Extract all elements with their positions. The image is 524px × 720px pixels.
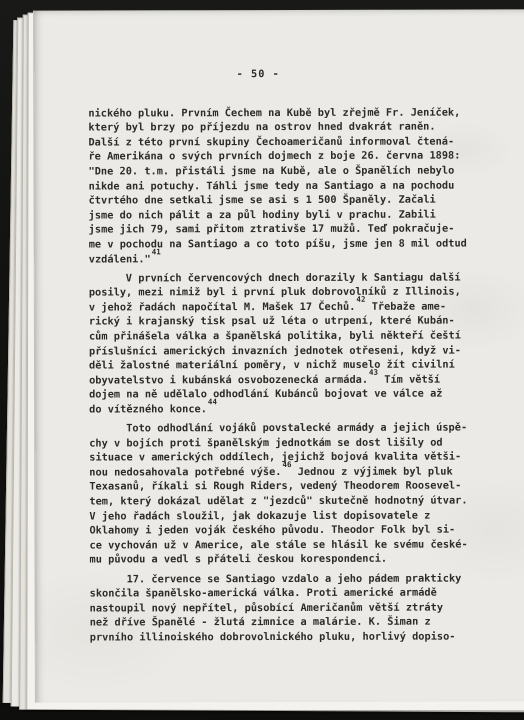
text-line: ře Amerikána o svých prvních dojmech z b… [88,149,508,165]
text-line: který byl brzy po příjezdu na ostrov hne… [88,120,508,136]
text-line: děli žalostné materiální poměry, v nichž… [89,358,509,374]
footnote-ref: 43 [369,368,378,377]
text-line: do vítězného konce.44 [89,401,509,417]
text-line: nou nedosahovala potřebné výše.46 Jednou… [89,464,509,480]
text-line: jsme jich 79, sami přitom ztrativše 17 m… [89,222,509,238]
text-line: nastoupil nový nepřítel, působící Američ… [90,600,510,616]
text-line: jsme do nich pálit a za půl hodiny byli … [89,207,509,223]
footnote-ref: 41 [152,247,161,256]
text-line: tem, který dokázal udělat z "jezdců" sku… [89,493,509,509]
paragraph: Toto odhodlání vojáků povstalecké armády… [89,420,509,567]
text-line: než dříve Španělé - žlutá zimnice a malá… [90,615,510,631]
paragraph: V prvních červencových dnech dorazily k … [89,270,509,417]
text-line: Další z této první skupiny Čechoameričan… [88,134,508,150]
text-line: dojem na ně udělalo odhodlání Kubánců bo… [89,387,509,403]
footnote-ref: 46 [282,460,291,469]
paragraph: nického pluku. Prvním Čechem na Kubě byl… [88,105,508,267]
text-line: Texasanů, říkali si Rough Riders, vedený… [89,479,509,495]
text-line: obyvatelstvo i kubánská osvobozenecká ar… [89,372,509,388]
text-line: příslušníci amerických invazních jednote… [89,343,509,359]
text-line: cům přinášela válka a španělská politika… [89,328,509,344]
footnote-ref: 42 [356,295,365,304]
page-content: - 50 - nického pluku. Prvním Čechem na K… [34,9,524,645]
text-line: Toto odhodlání vojáků povstalecké armády… [126,420,509,436]
text-line: vzdáleni."41 [89,251,509,267]
text-line: rický i krajanský tisk psal už léta o ut… [89,314,509,330]
text-line: 17. července se Santiago vzdalo a jeho p… [127,571,510,587]
text-block: nického pluku. Prvním Čechem na Kubě byl… [88,105,509,645]
text-line: Oklahomy i jeden voják českého původu. T… [89,523,509,539]
text-line: "Dne 20. t.m. přistáli jsme na Kubě, ale… [88,163,508,179]
text-line: V prvních červencových dnech dorazily k … [126,270,509,286]
text-line: chy v bojích proti španělským jednotkám … [89,435,509,451]
text-line: V jeho řadách sloužil, jak dokazuje list… [89,508,509,524]
text-line: ce vychován už v Americe, ale stále se h… [89,537,509,553]
text-line: nického pluku. Prvním Čechem na Kubě byl… [88,105,508,121]
text-line: mu původu a vedl s přáteli českou koresp… [90,552,510,568]
page-number: - 50 - [88,67,428,82]
text-line: nikde ani potuchy. Táhli jsme tedy na Sa… [89,178,509,194]
text-line: situace v amerických oddílech, jejichž b… [89,450,509,466]
text-line: prvního illinoiského dobrovolnického plu… [90,629,510,645]
text-line: posily, mezi nimiž byl i první pluk dobr… [89,285,509,301]
text-line: čtvrtého dne setkali jsme se asi s 1 500… [89,193,509,209]
text-line: skončila španělsko-americká válka. Proti… [90,586,510,602]
footnote-ref: 44 [208,397,217,406]
paragraph: 17. července se Santiago vzdalo a jeho p… [90,571,510,645]
document-page: - 50 - nického pluku. Prvním Čechem na K… [33,9,524,702]
text-line: v jehož řadách napočítal M. Mašek 17 Čec… [89,299,509,315]
